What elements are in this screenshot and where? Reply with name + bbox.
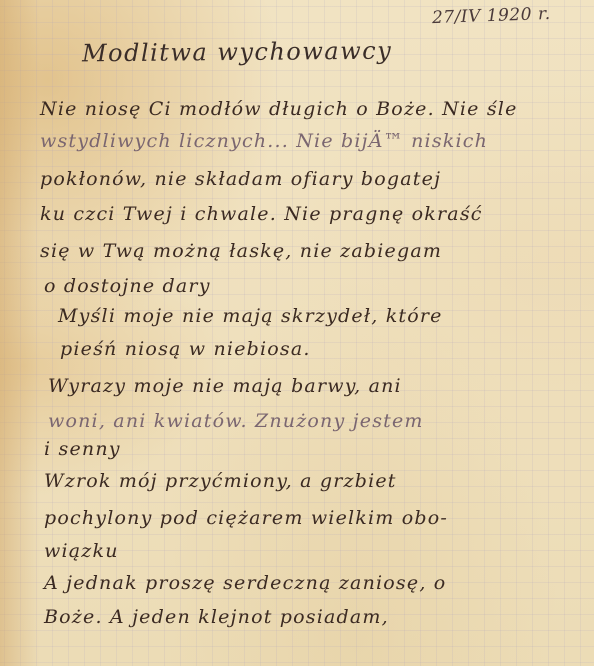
text-line: się w Twą możną łaskę, nie zabiegam [40, 240, 442, 262]
text-line: woni, ani kwiatów. Znużony jestem [48, 410, 424, 432]
text-line: ku czci Twej i chwale. Nie pragnę okraść [40, 203, 483, 225]
document-title: Modlitwa wychowawcy [82, 37, 392, 68]
text-line: wiązku [44, 540, 119, 562]
text-line: Myśli moje nie mają skrzydeł, które [58, 305, 443, 327]
text-line: pieśń niosą w niebiosa. [60, 338, 311, 360]
text-line: wstydliwych licznych... Nie bijÄ™ niskic… [40, 130, 488, 152]
text-line: o dostojne dary [44, 275, 211, 297]
text-line: i senny [44, 438, 121, 460]
manuscript-page: 27/IV 1920 r. Modlitwa wychowawcy Nie ni… [0, 0, 594, 666]
text-line: Nie niosę Ci modłów długich o Boże. Nie … [40, 98, 518, 120]
document-date: 27/IV 1920 r. [432, 4, 551, 28]
paper-stain [0, 0, 40, 666]
text-line: pokłonów, nie składam ofiary bogatej [40, 168, 441, 190]
text-line: Wzrok mój przyćmiony, a grzbiet [44, 470, 397, 492]
text-line: pochylony pod ciężarem wielkim obo- [44, 507, 448, 529]
text-line: Boże. A jeden klejnot posiadam, [44, 606, 389, 628]
text-line: A jednak proszę serdeczną zaniosę, o [44, 572, 446, 594]
text-line: Wyrazy moje nie mają barwy, ani [48, 375, 402, 397]
